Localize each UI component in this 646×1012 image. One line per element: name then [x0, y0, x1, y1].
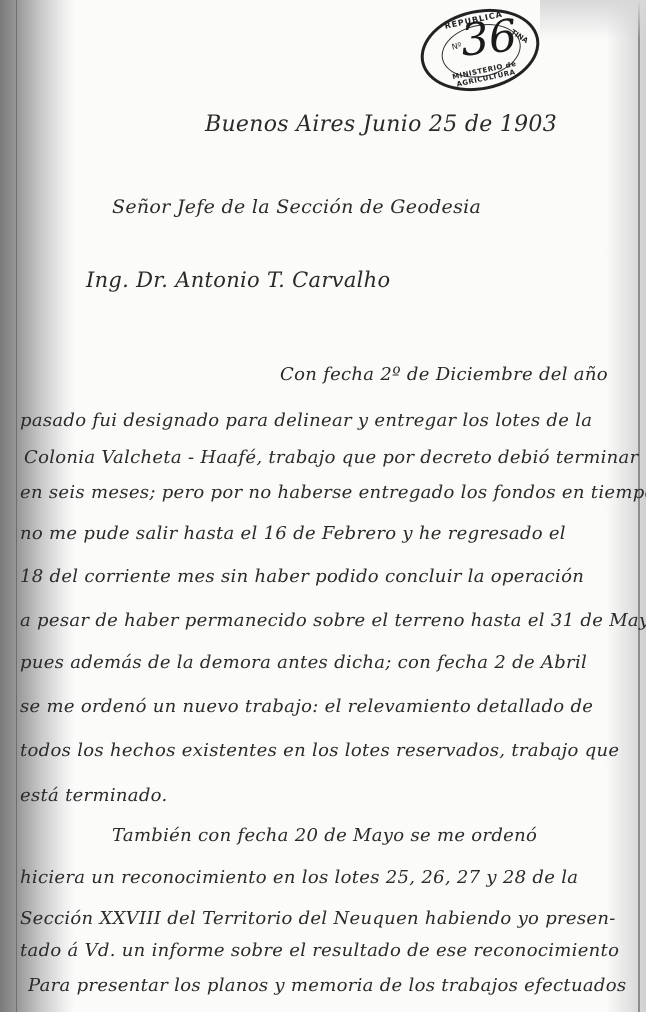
body-line: Con fecha 2º de Diciembre del año	[280, 364, 608, 385]
page-right-edge	[638, 0, 640, 1012]
scan-top-blur	[540, 0, 646, 40]
scan-right-shadow	[606, 0, 646, 1012]
body-line: pasado fui designado para delinear y ent…	[20, 410, 592, 431]
body-line: 18 del corriente mes sin haber podido co…	[20, 566, 584, 587]
body-line: está terminado.	[20, 785, 167, 806]
stamp-number: 36	[459, 14, 519, 64]
body-line: hiciera un reconocimiento en los lotes 2…	[20, 867, 578, 888]
body-line: se me ordenó un nuevo trabajo: el releva…	[20, 696, 593, 717]
body-line: Sección XXVIII del Territorio del Neuque…	[20, 908, 616, 929]
scan-left-shadow	[0, 0, 75, 1012]
body-line: todos los hechos existentes en los lotes…	[20, 740, 619, 761]
margin-rule	[16, 0, 17, 1012]
body-line: en seis meses; pero por no haberse entre…	[20, 482, 646, 503]
body-line: Para presentar los planos y memoria de l…	[28, 975, 626, 996]
ministry-stamp: REPUBLICA TINA Nº 36 MINISTERIO de AGRIC…	[413, 0, 547, 102]
place-date-line: Buenos Aires Junio 25 de 1903	[205, 112, 557, 137]
body-line: a pesar de haber permanecido sobre el te…	[20, 610, 646, 631]
scanned-letter-page: REPUBLICA TINA Nº 36 MINISTERIO de AGRIC…	[0, 0, 646, 1012]
body-line: También con fecha 20 de Mayo se me orden…	[112, 825, 537, 846]
addressee-name: Ing. Dr. Antonio T. Carvalho	[86, 268, 390, 292]
body-line: no me pude salir hasta el 16 de Febrero …	[20, 523, 566, 544]
body-line: pues además de la demora antes dicha; co…	[20, 652, 587, 673]
body-line: tado á Vd. un informe sobre el resultado…	[20, 940, 619, 961]
body-line: Colonia Valcheta - Haafé, trabajo que po…	[24, 447, 638, 468]
addressee-title: Señor Jefe de la Sección de Geodesia	[112, 196, 481, 218]
